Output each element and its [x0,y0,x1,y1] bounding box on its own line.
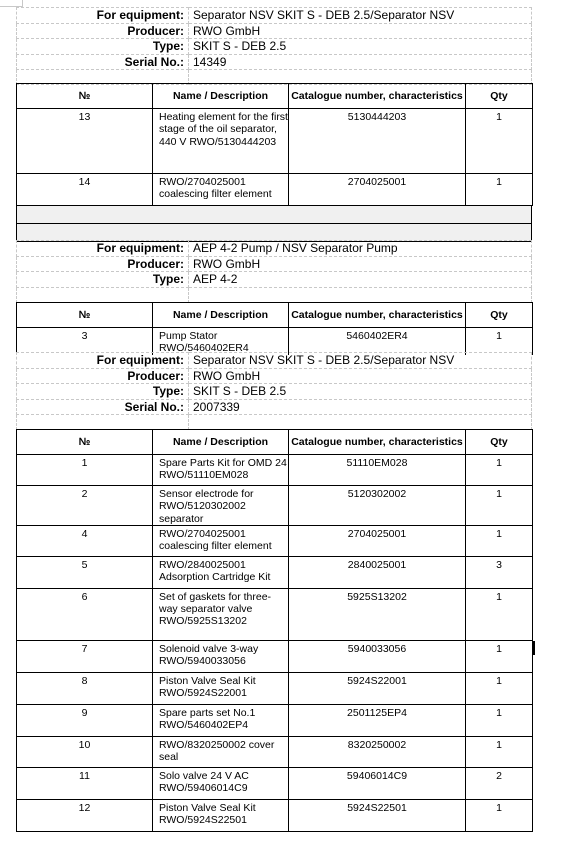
label-type: Type: [17,272,189,288]
value-type: SKIT S - DEB 2.5 [189,39,532,55]
cell-name: RWO/8320250002 cover seal [153,736,289,767]
cell-no: 8 [17,672,153,704]
cell-qty: 1 [466,328,533,355]
header-qty: Qty [466,84,533,109]
label-producer: Producer: [17,23,189,39]
label-serial: Serial No.: [17,54,189,70]
value-producer: RWO GmbH [189,368,532,384]
cell-qty: 1 [466,799,533,831]
text-cursor [533,641,535,655]
label-producer: Producer: [17,256,189,272]
header-no: № [17,84,153,109]
cell-catalogue: 2501125EP4 [289,704,466,736]
cell-name: Set of gaskets for three-way separator v… [153,588,289,640]
value-equipment: AEP 4-2 Pump / NSV Separator Pump [189,241,532,257]
cell-no: 6 [17,588,153,640]
cell-catalogue: 2704025001 [289,174,466,206]
cell-name: Heating element for the first stage of t… [153,109,289,174]
value-type: AEP 4-2 [189,272,532,288]
cell-catalogue: 8320250002 [289,736,466,767]
parts-table-1: № Name / Description Catalogue number, c… [16,83,533,206]
cell-qty: 1 [466,455,533,486]
cell-no: 3 [17,328,153,355]
value-equipment: Separator NSV SKIT S - DEB 2.5/Separator… [189,353,532,369]
header-name: Name / Description [153,303,289,328]
cell-qty: 1 [466,109,533,174]
cell-name: Solenoid valve 3-way RWO/5940033056 [153,640,289,672]
cell-catalogue: 5130444203 [289,109,466,174]
value-equipment: Separator NSV SKIT S - DEB 2.5/Separator… [189,8,532,24]
parts-table-3: № Name / Description Catalogue number, c… [16,429,533,832]
label-for-equipment: For equipment: [17,353,189,369]
table-row: 13 Heating element for the first stage o… [17,109,533,174]
header-qty: Qty [466,430,533,455]
table-row: 9 Spare parts set No.1 RWO/5460402EP4 25… [17,704,533,736]
cell-qty: 1 [466,704,533,736]
page-corner-mark [0,0,23,7]
table-row: 7 Solenoid valve 3-way RWO/5940033056 59… [17,640,533,672]
cell-name: Pump Stator RWO/5460402ER4 [153,328,289,355]
cell-qty: 1 [466,174,533,206]
cell-qty: 1 [466,736,533,767]
table-row: 6 Set of gaskets for three-way separator… [17,588,533,640]
table-row: 5 RWO/2840025001 Adsorption Cartridge Ki… [17,556,533,588]
parts-table-2: № Name / Description Catalogue number, c… [16,302,533,355]
cell-name: Spare Parts Kit for OMD 24 RWO/51110EM02… [153,455,289,486]
cell-name: Piston Valve Seal Kit RWO/5924S22501 [153,799,289,831]
table-row: 4 RWO/2704025001 coalescing filter eleme… [17,525,533,556]
cell-name: RWO/2704025001 coalescing filter element [153,174,289,206]
cell-qty: 3 [466,556,533,588]
table-row: 1 Spare Parts Kit for OMD 24 RWO/51110EM… [17,455,533,486]
cell-name: Spare parts set No.1 RWO/5460402EP4 [153,704,289,736]
label-type: Type: [17,384,189,400]
label-producer: Producer: [17,368,189,384]
cell-qty: 1 [466,588,533,640]
cell-no: 12 [17,799,153,831]
cell-catalogue: 5925S13202 [289,588,466,640]
cell-no: 13 [17,109,153,174]
cell-qty: 2 [466,767,533,799]
cell-catalogue: 51110EM028 [289,455,466,486]
label-serial: Serial No.: [17,399,189,415]
value-type: SKIT S - DEB 2.5 [189,384,532,400]
cell-qty: 1 [466,672,533,704]
cell-no: 7 [17,640,153,672]
header-name: Name / Description [153,84,289,109]
spacer-cell [17,415,189,430]
equipment-info-3: For equipment:Separator NSV SKIT S - DEB… [16,352,532,430]
value-producer: RWO GmbH [189,23,532,39]
table-row: 8 Piston Valve Seal Kit RWO/5924S22001 5… [17,672,533,704]
table-row: 10 RWO/8320250002 cover seal 8320250002 … [17,736,533,767]
value-serial: 2007339 [189,399,532,415]
cell-qty: 1 [466,640,533,672]
label-for-equipment: For equipment: [17,241,189,257]
cell-catalogue: 5460402ER4 [289,328,466,355]
equipment-info-2: For equipment:AEP 4-2 Pump / NSV Separat… [16,240,532,303]
cell-qty: 1 [466,486,533,526]
cell-qty: 1 [466,525,533,556]
header-catalogue: Catalogue number, characteristics [289,84,466,109]
cell-catalogue: 59406014C9 [289,767,466,799]
cell-no: 14 [17,174,153,206]
cell-catalogue: 5940033056 [289,640,466,672]
spacer-cell [189,415,532,430]
empty-gray-row [16,205,532,224]
table-row: 2 Sensor electrode for RWO/5120302002 se… [17,486,533,526]
cell-catalogue: 2840025001 [289,556,466,588]
table-row: 14 RWO/2704025001 coalescing filter elem… [17,174,533,206]
table-row: 3 Pump Stator RWO/5460402ER4 5460402ER4 … [17,328,533,355]
cell-no: 1 [17,455,153,486]
cell-no: 9 [17,704,153,736]
value-serial: 14349 [189,54,532,70]
table-row: 12 Piston Valve Seal Kit RWO/5924S22501 … [17,799,533,831]
cell-name: RWO/2840025001 Adsorption Cartridge Kit [153,556,289,588]
cell-no: 2 [17,486,153,526]
header-catalogue: Catalogue number, characteristics [289,303,466,328]
header-catalogue: Catalogue number, characteristics [289,430,466,455]
table-row: 11 Solo valve 24 V AC RWO/59406014C9 594… [17,767,533,799]
cell-name: Sensor electrode for RWO/5120302002 sepa… [153,486,289,526]
cell-name: Piston Valve Seal Kit RWO/5924S22001 [153,672,289,704]
cell-no: 11 [17,767,153,799]
cell-catalogue: 5120302002 [289,486,466,526]
cell-no: 5 [17,556,153,588]
cell-catalogue: 5924S22001 [289,672,466,704]
value-producer: RWO GmbH [189,256,532,272]
label-type: Type: [17,39,189,55]
cell-name: RWO/2704025001 coalescing filter element [153,525,289,556]
cell-name: Solo valve 24 V AC RWO/59406014C9 [153,767,289,799]
header-name: Name / Description [153,430,289,455]
cell-catalogue: 2704025001 [289,525,466,556]
header-no: № [17,303,153,328]
equipment-info-1: For equipment:Separator NSV SKIT S - DEB… [16,7,532,85]
spacer-cell [17,287,189,302]
header-qty: Qty [466,303,533,328]
cell-no: 10 [17,736,153,767]
spacer-cell [189,287,532,302]
cell-catalogue: 5924S22501 [289,799,466,831]
cell-no: 4 [17,525,153,556]
label-for-equipment: For equipment: [17,8,189,24]
header-no: № [17,430,153,455]
